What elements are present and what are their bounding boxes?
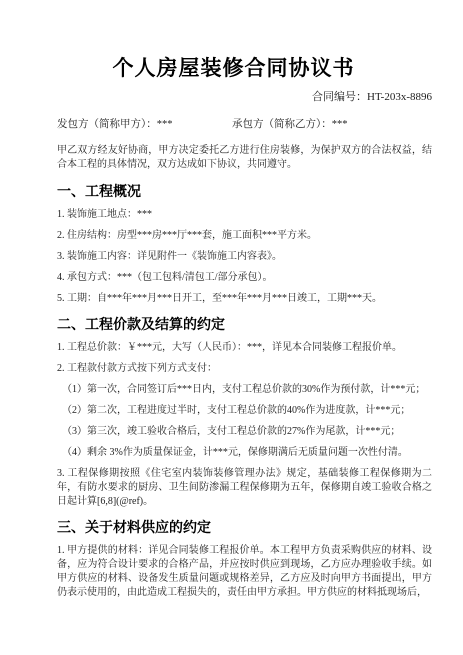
party-b-label: 承包方（简称乙方）：***: [232, 119, 348, 130]
section-2-item-3: 3. 工程保修期按照《住宅室内装饰装修管理办法》规定，基础装修工程保修期为二年，…: [57, 467, 432, 509]
section-2-payment-3: （3）第三次，竣工验收合格后，支付工程总价款的27%作为尾款，计***元；: [57, 425, 432, 439]
contract-number: 合同编号：HT-203x-8896: [57, 91, 432, 104]
section-3-heading: 三、关于材料供应的约定: [57, 519, 432, 535]
section-3-item-1: 1. 甲方提供的材料：详见合同装修工程报价单。本工程甲方负责采购供应的材料、设备…: [57, 544, 432, 600]
section-1-heading: 一、工程概况: [57, 183, 432, 199]
section-1-item-3: 3. 装饰施工内容：详见附件一《装饰施工内容表》。: [57, 250, 432, 264]
section-1-item-4: 4. 承包方式：***（包工包料/清包工/部分承包）。: [57, 271, 432, 285]
section-1-item-2: 2. 住房结构：房型***房***厅***套，施工面积***平方米。: [57, 229, 432, 243]
section-2-heading: 二、工程价款及结算的约定: [57, 316, 432, 332]
section-2-payment-2: （2）第二次，工程进度过半时，支付工程总价款的40%作为进度款，计***元；: [57, 404, 432, 418]
document-title: 个人房屋装修合同协议书: [46, 56, 421, 82]
parties-row: 发包方（简称甲方）：***承包方（简称乙方）：***: [57, 118, 432, 131]
section-2-item-2: 2. 工程款付款方式按下列方式支付：: [57, 362, 432, 376]
section-1-item-1: 1. 装饰施工地点：***: [57, 208, 432, 222]
section-1-item-5: 5. 工期：自***年***月***日开工，至***年***月***日竣工，工期…: [57, 292, 432, 306]
party-a-label: 发包方（简称甲方）：***: [57, 118, 232, 131]
section-2-item-1: 1. 工程总价款：￥***元，大写（人民币）：***，详见本合同装修工程报价单。: [57, 341, 432, 355]
contract-document-page: 个人房屋装修合同协议书 合同编号：HT-203x-8896 发包方（简称甲方）：…: [0, 0, 463, 655]
section-2-payment-1: （1）第一次，合同签订后***日内，支付工程总价款的30%作为预付款，计***元…: [57, 383, 432, 397]
section-2-payment-4: （4）剩余 3%作为质量保证金，计***元，保修期满后无质量问题一次性付清。: [57, 446, 432, 460]
intro-paragraph: 甲乙双方经友好协商，甲方决定委托乙方进行住房装修，为保护双方的合法权益，结合本工…: [57, 144, 432, 172]
